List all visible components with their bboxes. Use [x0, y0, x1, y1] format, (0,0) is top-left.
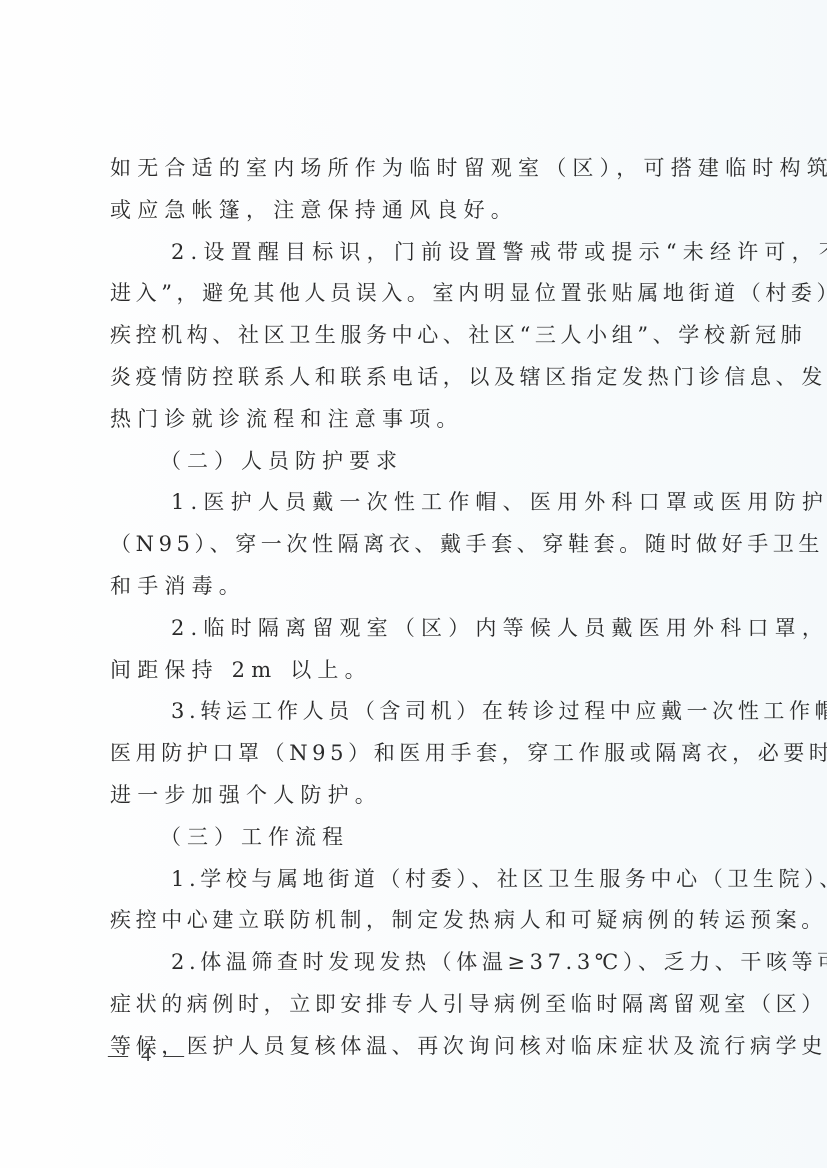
- text-line: 间距保持 2m 以上。: [110, 650, 724, 692]
- text-line: 进入”，避免其他人员误入。室内明显位置张贴属地街道（村委）、: [110, 273, 724, 315]
- text-line: 进一步加强个人防护。: [110, 775, 724, 817]
- text-line-item-start: 2.体温筛查时发现发热（体温≥37.3℃）、乏力、干咳等可疑: [110, 942, 724, 984]
- text-line-item-start: 1.学校与属地街道（村委）、社区卫生服务中心（卫生院）、: [110, 859, 724, 901]
- text-line-item-start: 1.医护人员戴一次性工作帽、医用外科口罩或医用防护口罩: [110, 482, 724, 524]
- text-line: 症状的病例时，立即安排专人引导病例至临时隔离留观室（区）: [110, 984, 724, 1026]
- text-line: 热门诊就诊流程和注意事项。: [110, 399, 724, 441]
- text-line: 和手消毒。: [110, 566, 724, 608]
- document-page-body: 如无合适的室内场所作为临时留观室（区），可搭建临时构筑物 或应急帐篷，注意保持通…: [110, 148, 724, 1068]
- section-heading-personnel-protection: （二）人员防护要求: [110, 441, 724, 483]
- text-line-item-start: 3.转运工作人员（含司机）在转诊过程中应戴一次性工作帽、: [110, 691, 724, 733]
- text-line: 疾控机构、社区卫生服务中心、社区“三人小组”、学校新冠肺: [110, 315, 724, 357]
- text-line-item-start: 2.临时隔离留观室（区）内等候人员戴医用外科口罩，人员: [110, 608, 724, 650]
- page-number: — 4 —: [108, 1044, 188, 1067]
- text-line: 或应急帐篷，注意保持通风良好。: [110, 190, 724, 232]
- section-heading-workflow: （三）工作流程: [110, 817, 724, 859]
- text-line: 疾控中心建立联防机制，制定发热病人和可疑病例的转运预案。: [110, 900, 724, 942]
- text-line-item-start: 2.设置醒目标识，门前设置警戒带或提示“未经许可，不得: [110, 232, 724, 274]
- text-line: 如无合适的室内场所作为临时留观室（区），可搭建临时构筑物: [110, 148, 724, 190]
- text-line: 等候，医护人员复核体温、再次询问核对临床症状及流行病学史，: [110, 1026, 724, 1068]
- text-line: 医用防护口罩（N95）和医用手套，穿工作服或隔离衣，必要时: [110, 733, 724, 775]
- text-line: 炎疫情防控联系人和联系电话，以及辖区指定发热门诊信息、发: [110, 357, 724, 399]
- text-line: （N95）、穿一次性隔离衣、戴手套、穿鞋套。随时做好手卫生: [110, 524, 724, 566]
